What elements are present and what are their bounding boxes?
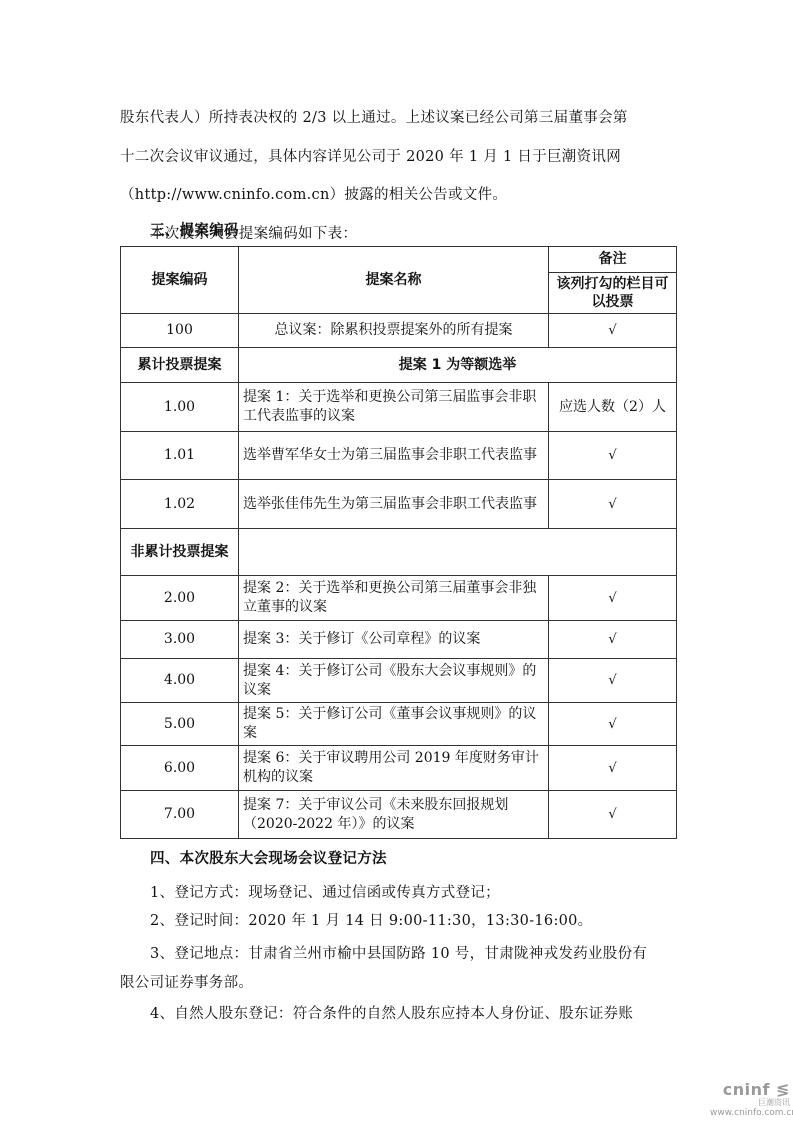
table-row: 100 总议案：除累积投票提案外的所有提案 √ [121, 314, 677, 348]
check-mark: √ [549, 621, 677, 659]
header-remark-sub: 该列打勾的栏目可以投票 [549, 273, 677, 314]
table-row: 1.01 选举曹军华女士为第三届监事会非职工代表监事 √ [121, 432, 677, 480]
section-4-item-1: 1、登记方式：现场登记、通过信函或传真方式登记； [150, 883, 706, 903]
table-row: 2.00 提案 2：关于选举和更换公司第三届董事会非独立董事的议案 √ [121, 576, 677, 621]
check-mark: √ [549, 432, 677, 480]
header-code: 提案编码 [121, 247, 239, 314]
section-4-heading: 四、本次股东大会现场会议登记方法 [150, 849, 706, 869]
check-mark: √ [549, 314, 677, 348]
check-mark: √ [549, 703, 677, 746]
table-row: 5.00 提案 5：关于修订公司《董事会议事规则》的议案 √ [121, 703, 677, 746]
table-row: 7.00 提案 7：关于审议公司《未来股东回报规划（2020-2022 年）》的… [121, 791, 677, 839]
table-row: 1.00 提案 1：关于选举和更换公司第三届监事会非职工代表监事的议案 应选人数… [121, 383, 677, 432]
check-mark: √ [549, 659, 677, 703]
check-mark: √ [549, 746, 677, 791]
intro-line-1: 股东代表人）所持表决权的 2/3 以上通过。上述议案已经公司第三届董事会第 [120, 108, 676, 128]
section-4-item-3-line-2: 限公司证券事务部。 [120, 973, 676, 993]
cninfo-watermark-logo: cninf ≶ 巨潮资讯 www.cninfo.com.cn [710, 1080, 790, 1118]
table-row: 3.00 提案 3：关于修订《公司章程》的议案 √ [121, 621, 677, 659]
check-mark: √ [549, 791, 677, 839]
check-mark: √ [549, 576, 677, 621]
intro-line-2: 十二次会议审议通过，具体内容详见公司于 2020 年 1 月 1 日于巨潮资讯网 [120, 147, 676, 167]
table-row: 6.00 提案 6：关于审议聘用公司 2019 年度财务审计机构的议案 √ [121, 746, 677, 791]
group-row-cumulative: 累计投票提案 提案 1 为等额选举 [121, 348, 677, 383]
proposal-code-table: 提案编码 提案名称 备注 该列打勾的栏目可以投票 100 总议案：除累积投票提案… [120, 246, 677, 839]
cninfo-url: www.cninfo.com.cn [710, 1108, 790, 1118]
section-3-intro: 本次股东大会提案编码如下表： [150, 224, 706, 244]
header-name: 提案名称 [239, 247, 549, 314]
header-remark: 备注 [549, 247, 677, 273]
group-row-non-cumulative: 非累计投票提案 [121, 529, 677, 576]
table-row: 1.02 选举张佳伟先生为第三届监事会非职工代表监事 √ [121, 480, 677, 529]
section-4-item-2: 2、登记时间：2020 年 1 月 14 日 9:00-11:30，13:30-… [150, 911, 706, 931]
table-row: 4.00 提案 4：关于修订公司《股东大会议事规则》的议案 √ [121, 659, 677, 703]
check-mark: √ [549, 480, 677, 529]
section-4-item-4: 4、自然人股东登记：符合条件的自然人股东应持本人身份证、股东证券账 [150, 1004, 706, 1024]
intro-line-3: （http://www.cninfo.com.cn）披露的相关公告或文件。 [120, 185, 676, 205]
section-4-item-3-line-1: 3、登记地点：甘肃省兰州市榆中县国防路 10 号，甘肃陇神戎发药业股份有 [150, 944, 706, 964]
